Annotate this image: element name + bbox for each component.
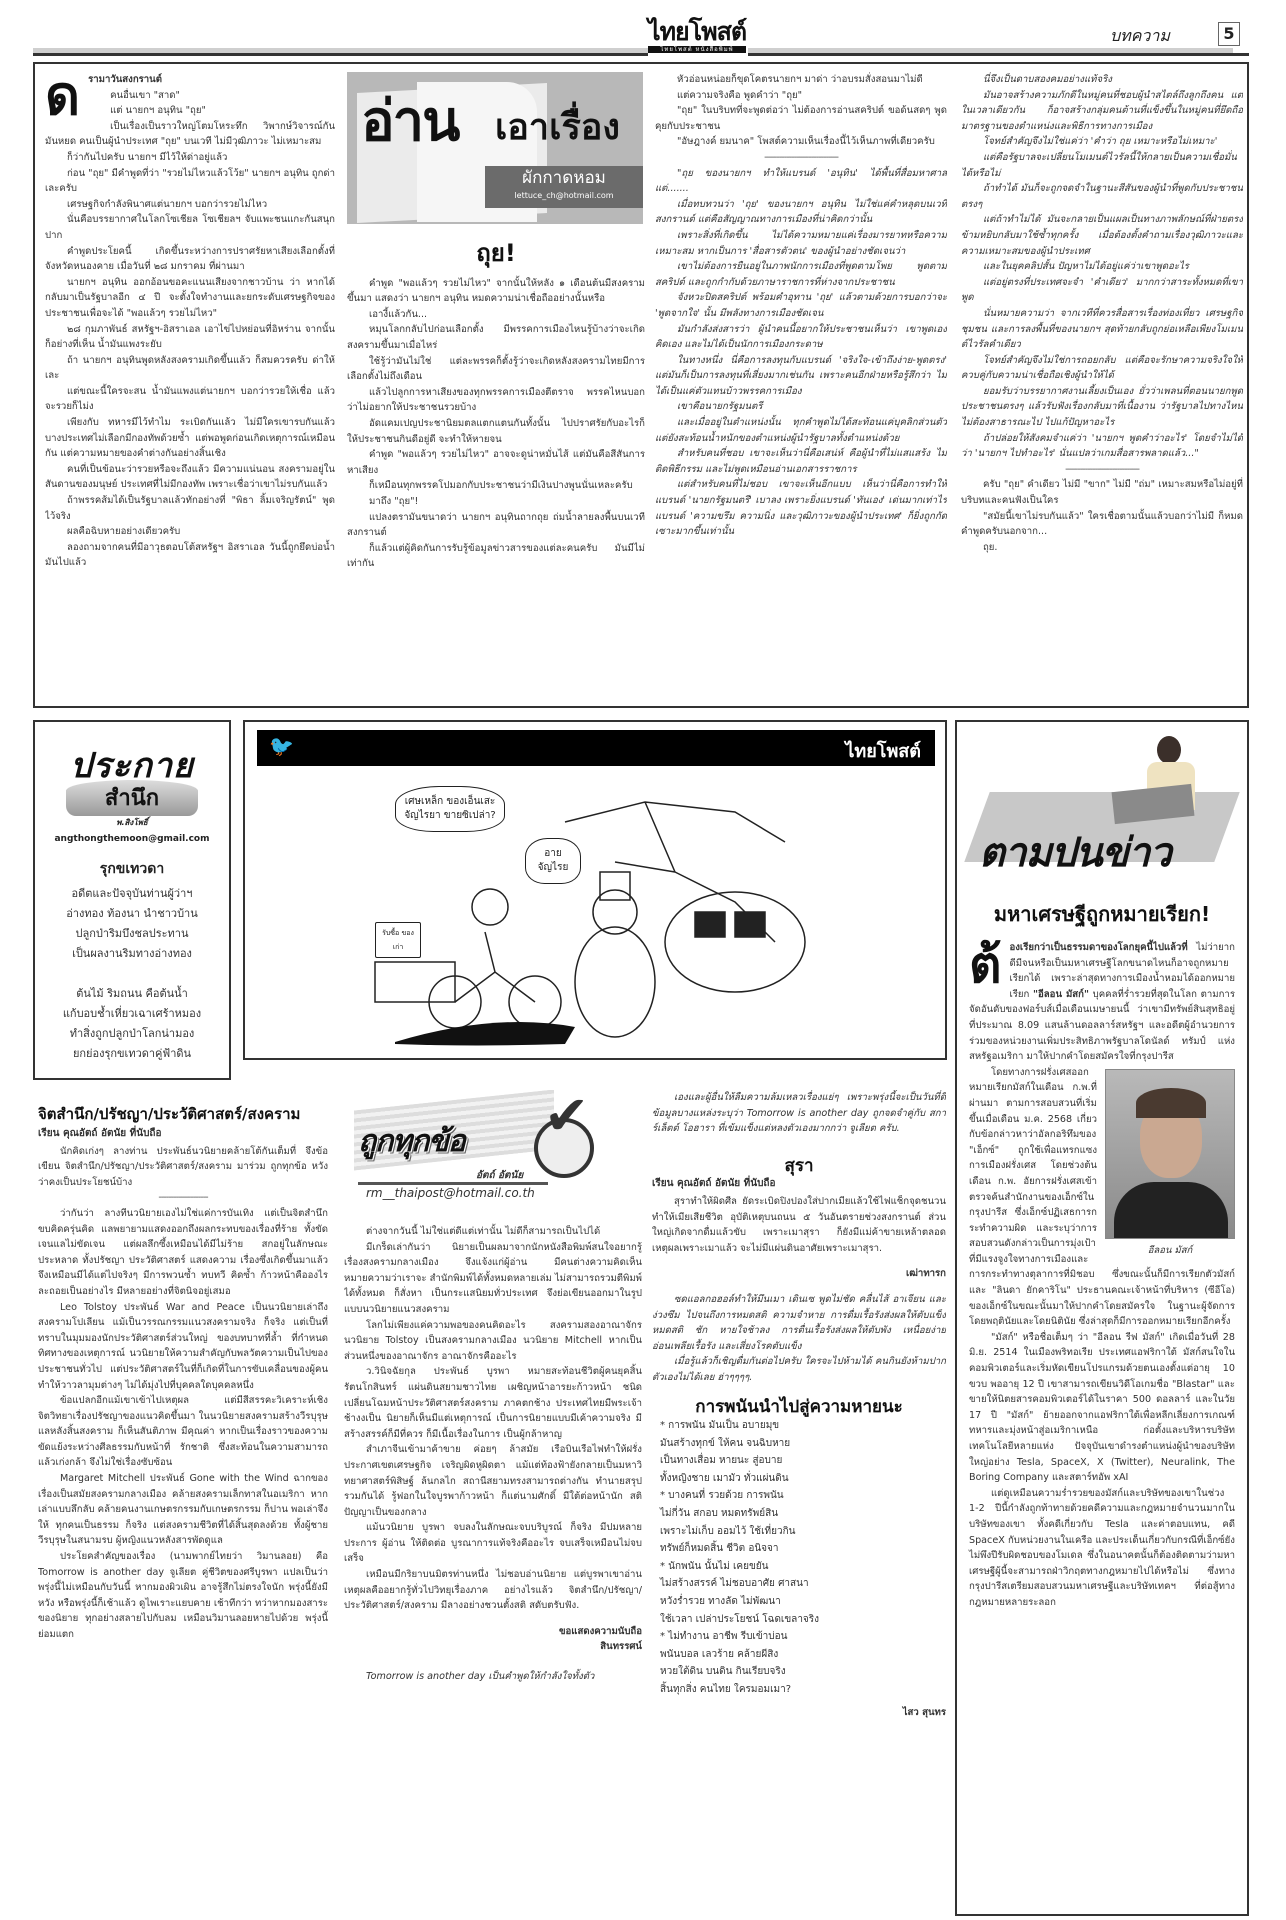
paragraph: แต่ นายกฯ อนุทิน "ถุย" <box>45 103 335 119</box>
paragraph: คำพูดประโยคนี้ เกิดขึ้นระหว่างการปราศรัย… <box>45 244 335 275</box>
reader-illustration <box>1137 736 1197 820</box>
logo-byline: พ.สิงโพธิ์ <box>52 816 212 829</box>
paragraph: จังหวะปิดสคริปต์ พร้อมคำอุทาน 'ถุย' แล้ว… <box>655 290 947 321</box>
paragraph: ก่อน "ถุย" มีคำพูดที่ว่า "รวยไม่ไหวแล้วโ… <box>45 166 335 197</box>
paragraph: เหมือนมีกริยาบนมิตรท่านหนึ่ง ไม่ชอบอ่านน… <box>344 1567 642 1614</box>
paragraph: ข้อแปลกอีกแม้เขาเข้าไปเหตุผล แต่มีสีสรรค… <box>38 1393 328 1471</box>
paragraph: ก็ว่ากันไปครับ นายกฯ มีไว้ให้ด่าอยู่แล้ว <box>45 150 335 166</box>
poem-line: ไม่สร้างสรรค์ ไม่ชอบอาศัย ศาสนา <box>660 1575 946 1593</box>
letters-column-1: เรียน คุณอัตถ์ อัตนัย ที่นับถือ นักคิดเก… <box>38 1124 328 1920</box>
sura-signature: เฒ่าทารก <box>652 1266 946 1282</box>
poem-line: * การพนัน มันเป็น อบายมุข <box>660 1417 946 1435</box>
poem-line: ทั้งหญิงชาย เมามัว ทั่วแผ่นดิน <box>660 1470 946 1488</box>
banner-author: อัตถ์ อัตนัย <box>476 1168 523 1184</box>
paragraph: ถ้าพรรคส้มได้เป็นรัฐบาลแล้วทักอย่างที่ "… <box>45 493 335 524</box>
photo-caption: อีลอน มัสก์ <box>1105 1243 1235 1259</box>
paragraph: แต่สำหรับคนที่ไม่ชอบ เขาจะเห็นอีกแบบ เห็… <box>655 477 947 539</box>
paragraph: มีเกร็ดเล่ากันว่า นิยายเป็นผลมาจากนักหนั… <box>344 1240 642 1318</box>
paragraph: สำเภาจีนเข้ามาค้าขาย ค่อยๆ ล้าสมัย เรือบ… <box>344 1442 642 1520</box>
paragraph: เมื่อทบทวนว่า 'ถุย' ของนายกฯ อนุทิน ไม่ใ… <box>655 197 947 228</box>
letter-title: จิตสำนึก/ปรัชญา/ประวัติศาสตร์/สงคราม <box>38 1102 300 1126</box>
banner-email[interactable]: rm__thaipost@hotmail.co.th <box>366 1186 535 1202</box>
cartoon-header-bar: 🐦 ไทยโพสต์ <box>257 730 935 766</box>
logo-word: สำนึก <box>52 780 212 815</box>
paragraph-list: หัวอ่อนหน่อยก็ขุดโคตรนายกฯ มาด่า ว่าอบรม… <box>655 72 947 150</box>
closing: ขอแสดงความนับถือ <box>344 1624 642 1640</box>
poem-line: ยกย่องรุกขเทวดาคู่ฟ้าดิน <box>35 1044 229 1064</box>
poem-line: ทำสิ่งถูกปลูกป่าโลกน่ามอง <box>35 1024 229 1044</box>
intro: นักคิดเก่งๆ ลางท่าน ประพันธ์นวนิยายคล้าย… <box>38 1144 328 1191</box>
divider: ------------------------------ <box>961 462 1243 478</box>
paragraph: มันอาจสร้างความภักดีในหมู่คนที่ชอบผู้นำส… <box>961 88 1243 135</box>
article-column-1: ด รามาวันสงกรานต์ คนอื่นเขา "สาด"แต่ นาย… <box>45 72 335 702</box>
poem-line: เป็นผลงานริมทางอ่างทอง <box>35 944 229 964</box>
poem-line: อดีตและปัจจุบันท่านผู้ว่าฯ <box>35 884 229 904</box>
paragraph: เขาไม่ต้องการยืนอยู่ในภาพนักการเมืองที่พ… <box>655 259 947 290</box>
paragraph: ว่ากันว่า ลางทีนวนิยายเองไม่ใช่แค่การบัน… <box>38 1206 328 1300</box>
masthead-rule-dark <box>33 53 1249 56</box>
paragraph: แต่ดูเหมือนความร่ำรวยของมัสก์และบริษัทขอ… <box>969 1486 1235 1611</box>
poem-line: * ไม่ทำงาน อาชีพ รีบเข้าบ่อน <box>660 1628 946 1646</box>
dropcap: ด <box>45 72 80 120</box>
sura-reply: ซดแอลกอฮอล์ทำให้มึนเมา เดินเซ พูดไม่ชัด … <box>652 1292 946 1386</box>
paragraph: เพราะสิ่งที่เกิดขึ้น ไม่ได้ความหมายแค่เร… <box>655 228 947 259</box>
reply-continued: เองและผู้อื่นให้ลืมความล้มเหลวเรื่องแย่ๆ… <box>652 1090 946 1137</box>
shop-sign: รับซื้อ ของเก่า <box>375 922 421 958</box>
paragraph: อัดแคมเปญประชานิยมตลแตกแตนกันทั้งนั้น ไป… <box>347 416 645 447</box>
paragraph: แต่ความจริงคือ พูดคำว่า "ถุย" <box>655 88 947 104</box>
sura-paragraphs: สุราทำให้ผิดศีล ยัดระเบิดปิงปองใส่ปากเมี… <box>652 1194 946 1256</box>
paragraph: มันกำลังส่งสารว่า ผู้นำคนนี้อยากให้ประชา… <box>655 322 947 353</box>
salutation: เรียน คุณอัตถ์ อัตนัย ที่นับถือ <box>38 1126 328 1142</box>
poem-box: ประกาย สำนึก พ.สิงโพธิ์ angthongthemoon@… <box>33 720 231 1080</box>
paragraph: สุราทำให้ผิดศีล ยัดระเบิดปิงปองใส่ปากเมี… <box>652 1194 946 1256</box>
paragraph: "ถุย ของนายกฯ ทำให้แบรนด์ 'อนุทิน' ได้พื… <box>655 166 947 197</box>
article-column-3: หัวอ่อนหน่อยก็ขุดโคตรนายกฯ มาด่า ว่าอบรม… <box>655 72 947 702</box>
paragraph: มาถึง "ถุย"! <box>347 494 645 510</box>
paragraph: คนที่เป็นข้อนะว่ารวยหรือจะถึงแล้ว มีความ… <box>45 462 335 493</box>
paragraph: ต่างจากวันนี้ ไม่ใช่แต่ดีแต่เท่านั้น ไม่… <box>344 1224 642 1240</box>
speech-bubble-1: เศษเหล็ก ของเอ็นเสะจัญไรยา ขายซิเปล่า? <box>395 786 505 832</box>
paragraph: แต่อยู่ตรงที่ประเทศจะจำ 'คำเดียว' มากกว่… <box>961 275 1243 306</box>
logo-text: ไทยโพสต์ <box>648 18 748 46</box>
paragraph: เอางี้แล้วกัน... <box>347 307 645 323</box>
banner-author-tag: ผักกาดหอม lettuce_ch@hotmail.com <box>485 166 643 208</box>
paragraph: ก็แล้วแต่ผู้คิดกันการรับรู้ข้อมูลข่าวสาร… <box>347 541 645 572</box>
banner-title-small: เอาเรื่อง <box>495 120 620 136</box>
article-column-4: นี่จึงเป็นดาบสองคมอย่างแท้จริงมันอาจสร้า… <box>961 72 1243 702</box>
poem-line: ปลูกป่าริมบึงชลประทาน <box>35 924 229 944</box>
paragraph: และเมื่ออยู่ในตำแหน่งนั้น ทุกคำพูดไม่ได้… <box>655 415 947 446</box>
feature-column-logo: ตามปนข่าว <box>957 722 1247 892</box>
paragraph: คนอื่นเขา "สาด" <box>45 88 335 104</box>
lead-line: รามาวันสงกรานต์ <box>45 72 335 88</box>
paragraph: เขาคือนายกรัฐมนตรี <box>655 399 947 415</box>
banner-word: ถูกทุกข้อ <box>358 1134 465 1150</box>
paragraph: แม้นวนิยาย บูรพา จบลงในลักษณะจบบริบูรณ์ … <box>344 1520 642 1567</box>
paragraph-list: ครับ "ถุย" คำเดียว ไม่มี "ขาก" ไม่มี "ถ่… <box>961 477 1243 555</box>
poem-line: ใช้เวลา เปล่าประโยชน์ โฉดเขลาจริง <box>660 1611 946 1629</box>
paragraph: Margaret Mitchell ประพันธ์ Gone with the… <box>38 1471 328 1549</box>
paragraph-list: คนอื่นเขา "สาด"แต่ นายกฯ อนุทิน "ถุย"เป็… <box>45 88 335 571</box>
logo-subtitle: ไทยโพสต์ หนังสือพิมพ์ <box>648 46 746 53</box>
feature-column: ตามปนข่าว มหาเศรษฐีถูกหมายเรียก! ต้ องเร… <box>955 720 1249 1916</box>
paragraph: ถุย. <box>961 540 1243 556</box>
paragraph: นายกฯ อนุทิน ออกอ้อนขอคะแนนเสียงจากชาวบ้… <box>45 275 335 322</box>
subject-name: "อีลอน มัสก์" <box>1033 989 1089 1000</box>
paragraph: Leo Tolstoy ประพันธ์ War and Peace เป็นน… <box>38 1300 328 1394</box>
paragraph: แปลงตรามันขนาดว่า นายกฯ อนุทินถากถุย ถ่ม… <box>347 510 645 541</box>
paragraph: ๒๘ กุมภาพันธ์ สหรัฐฯ-อิสราเอล เอาไข่ไปหย… <box>45 322 335 353</box>
divider: ------------------------------ <box>655 150 947 166</box>
paragraph: และในยุคคลิปสั้น ปัญหาไม่ได้อยู่แค่ว่าเข… <box>961 259 1243 275</box>
paragraph: "ถุย" ในบริบทที่จะพูดต่อว่า ไม่ต้องการอ่… <box>655 103 947 134</box>
paragraph: โลกไม่เพียงแค่ความพอของคนคิดอะไร สงครามส… <box>344 1318 642 1365</box>
check-icon: ✔ <box>544 1108 589 1124</box>
poem-line: ไม่กี่วัน สกอบ หมดทรัพย์สิน <box>660 1505 946 1523</box>
cartoon-illustration: เศษเหล็ก ของเอ็นเสะจัญไรยา ขายซิเปล่า? อ… <box>315 782 875 1052</box>
paragraph-list: ต่างจากวันนี้ ไม่ใช่แต่ดีแต่เท่านั้น ไม่… <box>344 1224 642 1614</box>
newspaper-logo: ไทยโพสต์ ไทยโพสต์ หนังสือพิมพ์ <box>648 18 748 56</box>
paragraph-list: ว่ากันว่า ลางทีนวนิยายเองไม่ใช่แค่การบัน… <box>38 1206 328 1643</box>
gamble-signature: ไสว สุนทร <box>652 1705 946 1721</box>
poem-line: หวยใต้ดิน บนดิน กินเรียบจริง <box>660 1663 946 1681</box>
column-banner-tick: ถูกทุกข้อ ✔ อัตถ์ อัตนัย rm__thaipost@ho… <box>344 1090 640 1210</box>
paragraph: โจทย์สำคัญจึงไม่ใช่แค่ว่า 'คำว่า ถุย เหม… <box>961 134 1243 150</box>
article-column-2: อ่าน เอาเรื่อง ผักกาดหอม lettuce_ch@hotm… <box>347 72 645 702</box>
paragraph: คำพูด "พอแล้วๆ รวยไม่ไหว" อาจจะดูน่าหมั่… <box>347 447 645 478</box>
paragraph: คำพูด "พอแล้วๆ รวยไม่ไหว" จากนั้นให้หลัง… <box>347 276 645 307</box>
gamble-poem: * การพนัน มันเป็น อบายมุขมันสร้างทุกข์ ใ… <box>652 1417 946 1699</box>
poem-line: ทรัพย์ก็หมดสิ้น ชีวิต อนิจจา <box>660 1540 946 1558</box>
letters-column-2: ถูกทุกข้อ ✔ อัตถ์ อัตนัย rm__thaipost@ho… <box>344 1090 642 1920</box>
poem-line: * บางคนที่ รวยด้วย การพนัน <box>660 1487 946 1505</box>
feature-body: ต้ องเรียกว่าเป็นธรรมดาของโลกยุคนี้ไปแล้… <box>957 940 1247 1611</box>
poem-line: * นักพนัน นั้นไม่ เคยขยัน <box>660 1558 946 1576</box>
paragraph: สำหรับคนที่ชอบ เขาจะเห็นว่านี่คือเสน่ห์ … <box>655 446 947 477</box>
poem-line: สิ้นทุกสิ่ง คนไทย ใครมอมเมา? <box>660 1681 946 1699</box>
editorial-cartoon: 🐦 ไทยโพสต์ เศษเหล็ก ของเอ็นเสะจัญไรยา ขา… <box>243 720 947 1060</box>
poem-column-logo: ประกาย สำนึก พ.สิงโพธิ์ <box>52 738 212 834</box>
paragraph: นี่จึงเป็นดาบสองคมอย่างแท้จริง <box>961 72 1243 88</box>
cartoonist-mascot-icon: 🐦 <box>269 734 294 758</box>
paragraph: ประโยคสำคัญของเรื่อง (นามพากย์ไทยว่า วิม… <box>38 1549 328 1643</box>
paragraph: ผลคือฉิบหายอย่างเดียวครับ <box>45 524 335 540</box>
gamble-title: การพนันนำไปสู่ความหายนะ <box>652 1400 946 1416</box>
paragraph: ในทางหนึ่ง นี่คือการลงทุนกับแบรนด์ 'จริง… <box>655 353 947 400</box>
paragraph: นั่นหมายความว่า จากเวทีที่ควรสื่อสารเรื่… <box>961 306 1243 353</box>
poem-line: พนันบอล เลวร้าย คล้ายผีสิง <box>660 1646 946 1664</box>
paragraph: หมุนโลกกลับไปก่อนเลือกตั้ง มีพรรคการเมือ… <box>347 322 645 353</box>
quoted-post-continued: นี่จึงเป็นดาบสองคมอย่างแท้จริงมันอาจสร้า… <box>961 72 1243 462</box>
paragraph: ใช้รู้ว่ามันไม่ใช่ แต่ละพรรคก็ตั้งรู้ว่า… <box>347 354 645 385</box>
paragraph: ยอมรับว่าบรรยากาศงานเลี้ยงเป็นเอง ยั่วว่… <box>961 384 1243 431</box>
poem-line: แก้บอบช้ำเหี่ยวเฉาเศร้าหมอง <box>35 1004 229 1024</box>
masthead: ไทยโพสต์ ไทยโพสต์ หนังสือพิมพ์ บทความ 5 <box>0 0 1286 58</box>
paragraph: ลองถามจากคนที่มีอาวุธตอบโต้สหรัฐฯ อิสราเ… <box>45 540 335 571</box>
portrait-photo: อีลอน มัสก์ <box>1105 1069 1235 1259</box>
poem-line: เป็นทางเสื่อม หายนะ สู่อบาย <box>660 1452 946 1470</box>
speech-bubble-2: อาย จัญไรย <box>525 838 581 884</box>
poem-line: มันสร้างทุกข์ ให้คน จนฉิบหาย <box>660 1435 946 1453</box>
paragraph: แล้วไปลูกการหาเสียงของทุกพรรคการเมืองตีต… <box>347 385 645 416</box>
paragraph: นั่นคือบรรยากาศในโลกโซเชียล โซเชียลฯ จับ… <box>45 212 335 243</box>
signature: สินทรรศน์ <box>344 1639 642 1655</box>
section-label: บทความ <box>1110 24 1170 49</box>
paragraph: หัวอ่อนหน่อยก็ขุดโคตรนายกฯ มาด่า ว่าอบรม… <box>655 72 947 88</box>
paragraph: แต่ถ้าทำไม่ได้ มันจะกลายเป็นแผลเป็นทางภา… <box>961 212 1243 259</box>
poem-stanza-2: ต้นไม้ ริมถนน คือต้นน้ำแก้บอบช้ำเหี่ยวเฉ… <box>35 984 229 1064</box>
banner-title-big: อ่าน <box>361 114 458 130</box>
paragraph: เองและผู้อื่นให้ลืมความล้มเหลวเรื่องแย่ๆ… <box>652 1090 946 1137</box>
column-banner-read: อ่าน เอาเรื่อง ผักกาดหอม lettuce_ch@hotm… <box>347 72 643 224</box>
divider: -------------------- <box>38 1190 328 1206</box>
page-number: 5 <box>1218 22 1240 46</box>
poem-email[interactable]: angthongthemoon@gmail.com <box>35 834 229 844</box>
poem-line: เพราะไม่เก็บ ออมไว้ ใช้เที่ยวกิน <box>660 1523 946 1541</box>
poem-line: อ่างทอง ท้องนา นำชาวบ้าน <box>35 904 229 924</box>
paragraph: โจทย์สำคัญจึงไม่ใช่การถอยกลับ แต่คือจะรั… <box>961 353 1243 384</box>
poem-title: รุกขเทวดา <box>35 858 229 880</box>
paragraph: เพียงกับ ทหารมีไว้ทำไม ระเบิดกันแล้ว ไม่… <box>45 415 335 462</box>
cartoon-brand: ไทยโพสต์ <box>845 736 921 765</box>
paragraph: ซดแอลกอฮอล์ทำให้มึนเมา เดินเซ พูดไม่ชัด … <box>652 1292 946 1354</box>
paragraph: "สมัยนี้เขาไม่รบกันแล้ว" ใครเชื่อตามนั้น… <box>961 509 1243 540</box>
dropcap: ต้ <box>969 940 1001 990</box>
poem-line: หวังร่ำรวย ทางลัด ไม่พัฒนา <box>660 1593 946 1611</box>
paragraph: ครับ "ถุย" คำเดียว ไม่มี "ขาก" ไม่มี "ถ่… <box>961 477 1243 508</box>
sura-salutation: เรียน คุณอัตถ์ อัตนัย ที่นับถือ <box>652 1176 946 1192</box>
banner-email[interactable]: lettuce_ch@hotmail.com <box>485 190 643 202</box>
paragraph: เป็นเรื่องเป็นราวใหญ่โตมโหระทึก วิพากษ์ว… <box>45 119 335 150</box>
poem-line: ต้นไม้ ริมถนน คือต้นน้ำ <box>35 984 229 1004</box>
paragraph: ถ้า นายกฯ อนุทินพูดหลังสงครามเกิดขึ้นแล้… <box>45 353 335 384</box>
paragraph: "มัสก์" หรือชื่อเต็มๆ ว่า "อีลอน รีฟ มัส… <box>969 1330 1235 1486</box>
paragraph: ก็เหมือนทุกพรรคโปมอกกับประชาชนว่ามีเงินป… <box>347 478 645 494</box>
paragraph: เศรษฐกิจกำลังพินาศแต่นายกฯ บอกว่ารวยไม่ไ… <box>45 197 335 213</box>
column-logo-text: ตามปนข่าว <box>979 820 1171 884</box>
paragraph: แต่คือรัฐบาลจะเปลี่ยนโมเมนต์ไวรัลนี้ให้ก… <box>961 150 1243 181</box>
letters-column-3: เองและผู้อื่นให้ลืมความล้มเหลวเรื่องแย่ๆ… <box>652 1090 946 1920</box>
paragraph: ถ้าปล่อยให้สังคมจำแค่ว่า 'นายกฯ พูดคำว่า… <box>961 431 1243 462</box>
poem-stanza-1: อดีตและปัจจุบันท่านผู้ว่าฯอ่างทอง ท้องนา… <box>35 884 229 964</box>
portrait-image <box>1105 1069 1235 1239</box>
paragraph-list: คำพูด "พอแล้วๆ รวยไม่ไหว" จากนั้นให้หลัง… <box>347 276 645 572</box>
paragraph: เมื่อรู้แล้วก็เชิญดื่มกันต่อไปครับ ใครจะ… <box>652 1354 946 1385</box>
paragraph: ว.วินิจฉัยกุล ประพันธ์ บูรพา หมายสะท้อนช… <box>344 1364 642 1442</box>
main-article-box: ด รามาวันสงกรานต์ คนอื่นเขา "สาด"แต่ นาย… <box>33 62 1249 708</box>
sura-title: สุรา <box>652 1159 946 1175</box>
banner-author: ผักกาดหอม <box>485 166 643 190</box>
feature-headline: มหาเศรษฐีถูกหมายเรียก! <box>957 898 1247 930</box>
reply-lead: Tomorrow is another day เป็นคำพูดให้กำลั… <box>344 1669 642 1685</box>
article-title: ถุย! <box>347 246 645 262</box>
paragraph: แต่ขณะนี้ใครจะสน น้ำมันแพงแต่นายกฯ บอกว่… <box>45 384 335 415</box>
quoted-post: "ถุย ของนายกฯ ทำให้แบรนด์ 'อนุทิน' ได้พื… <box>655 166 947 540</box>
paragraph: "อัษฎางค์ ยมนาค" โพสต์ความเห็นเรื่องนี้ไ… <box>655 134 947 150</box>
lead-bold: องเรียกว่าเป็นธรรมดาของโลกยุคนี้ไปแล้วที… <box>1009 942 1187 953</box>
paragraph: ถ้าทำได้ มันก็จะถูกจดจำในฐานะสีสันของผู้… <box>961 181 1243 212</box>
